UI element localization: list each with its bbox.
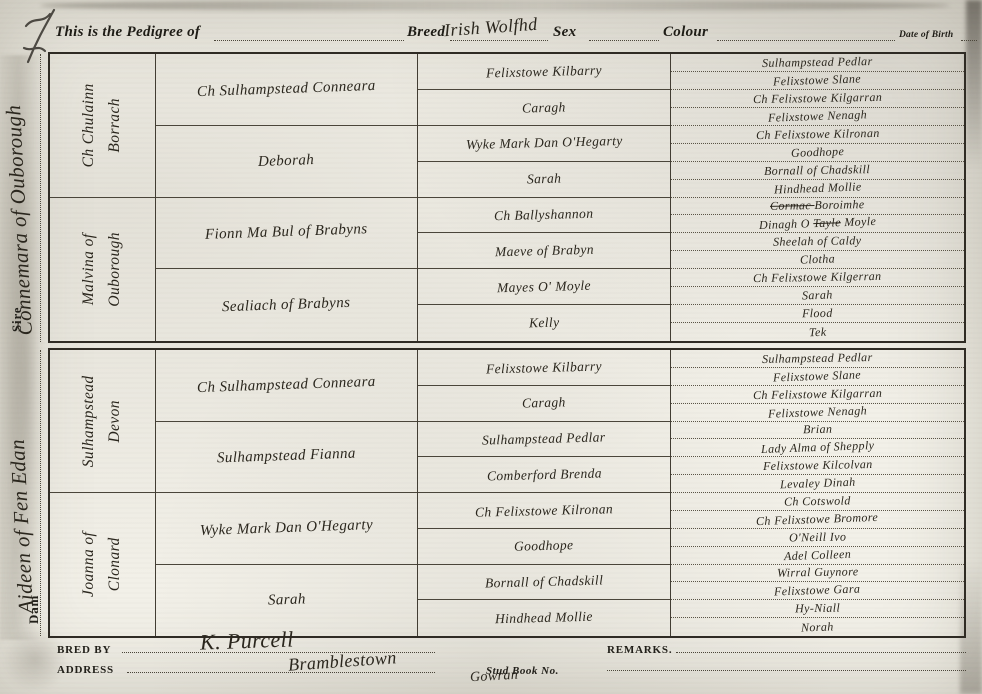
ancestor-cell: Sheelah of Caldy [671,233,964,251]
ancestor-cell: Wirral Guynore [671,565,964,583]
ancestor-name: Adel Colleen [784,547,852,564]
ancestor-cell: Felixstowe Slane [671,72,964,90]
ancestor-cell: Comberford Brenda [418,457,670,493]
ancestor-name: Ch Chulainn Borrach [76,73,129,178]
ancestor-cell: Tek [671,323,964,341]
ancestor-cell: Ch Ballyshannon [418,198,670,234]
stud-book-no-label: Stud Book No. [486,665,559,677]
ancestor-name: Comberford Brenda [486,464,601,485]
sire-grandparents-column: Ch Chulainn Borrach Malvina of Ouborough [50,54,155,341]
ancestor-name: Bornall of Chadskill [764,162,870,179]
ancestor-name: Wyke Mark Dan O'Hegarty [200,514,374,543]
ancestor-name: Ch Cotswold [784,493,851,509]
bred-by-value: K. Purcell [200,626,294,655]
sex-line [589,40,659,41]
remarks-label: REMARKS. [607,644,672,656]
ancestor-name: Wirral Guynore [777,565,859,581]
ancestor-cell: Adel Colleen [671,547,964,565]
ancestor-name: Clotha [800,252,836,268]
ancestor-cell: Norah [671,618,964,636]
bred-by-label: BRED BY [57,644,111,656]
ancestor-cell: Malvina of Ouborough [50,198,155,342]
ancestor-cell: Sarah [418,162,670,198]
ancestor-cell: Flood [671,305,964,323]
ancestor-cell: Hindhead Mollie [671,180,964,198]
ancestor-cell: Goodhope [671,144,964,162]
form-title-label: This is the Pedigree of [55,24,200,41]
ancestor-name: Felixstowe Slane [773,72,862,89]
ancestor-cell: Hy-Niall [671,600,964,618]
ancestor-cell: Bornall of Chadskill [671,162,964,180]
colour-line [717,40,895,41]
ancestor-cell: Brian [671,422,964,440]
ancestor-name: Brian [803,422,833,438]
ancestor-name: Felixstowe Kilbarry [486,61,602,82]
ancestor-cell: Clotha [671,251,964,269]
ancestor-cell: Ch Chulainn Borrach [50,54,155,198]
ancestor-name: Flood [802,306,833,322]
ancestor-cell: Felixstowe Nenagh [671,404,964,422]
ancestor-cell: Felixstowe Kilbarry [418,54,670,90]
ancestor-cell: O'Neill Ivo [671,529,964,547]
ancestor-cell: Felixstowe Nenagh [671,108,964,126]
ancestor-name: Caragh [522,98,566,117]
dam-gen4-column: Sulhampstead PedlarFelixstowe SlaneCh Fe… [670,350,964,636]
ancestor-name: Mayes O' Moyle [497,277,591,297]
ancestor-name: Joanna of Clonard [76,512,129,617]
ancestor-cell: Sealiach of Brabyns [156,269,417,341]
sire-gen3-column: Felixstowe KilbarryCaraghWyke Mark Dan O… [417,54,670,341]
ancestor-name: Ch Felixstowe Kilgarran [753,386,882,403]
breed-label: Breed [407,24,445,41]
ancestor-name: Deborah [258,149,315,174]
ancestor-cell: Mayes O' Moyle [418,269,670,305]
ancestor-name: Felixstowe Gara [774,582,861,599]
date-of-birth-label: Date of Birth [899,30,953,40]
ancestor-cell: Lady Alma of Shepply [671,439,964,457]
ancestor-name: Ch Felixstowe Kilgarran [753,90,882,107]
ancestor-cell: Felixstowe Kilbarry [418,350,670,386]
ancestor-cell: Wyke Mark Dan O'Hegarty [418,126,670,162]
sire-gen4-column: Sulhampstead PedlarFelixstowe SlaneCh Fe… [670,54,964,341]
ancestor-name: Ch Felixstowe Kilgerran [753,269,882,286]
sex-label: Sex [553,24,576,41]
sire-name-leader-line [40,54,41,342]
ancestor-name: Levaley Dinah [779,475,855,492]
ancestor-cell: Kelly [418,305,670,341]
ancestor-cell: Sarah [156,565,417,637]
dam-pedigree-grid: Sulhampstead Devon Joanna of Clonard Ch … [48,348,966,638]
ancestor-cell: Maeve of Brabyn [418,233,670,269]
ancestor-name: Goodhope [514,537,574,556]
pedigree-certificate: This is the Pedigree of Breed Irish Wolf… [0,0,982,694]
ancestor-cell: Joanna of Clonard [50,493,155,636]
dam-gen2-column: Ch Sulhampstead ConnearaSulhampstead Fia… [155,350,417,636]
ancestor-cell: Ch Sulhampstead Conneara [156,54,417,126]
ancestor-name: Felixstowe Kilbarry [486,357,602,378]
ancestor-name: Maeve of Brabyn [494,241,593,261]
sire-gen2-column: Ch Sulhampstead ConnearaDeborahFionn Ma … [155,54,417,341]
ancestor-name: Hindhead Mollie [773,180,861,197]
ancestor-cell: Levaley Dinah [671,475,964,493]
ancestor-cell: Sulhampstead Pedlar [418,422,670,458]
ancestor-cell: Felixstowe Slane [671,368,964,386]
ancestor-name: Sulhampstead Pedlar [482,428,606,449]
dam-gen3-column: Felixstowe KilbarryCaraghSulhampstead Pe… [417,350,670,636]
ancestor-name: Sealiach of Brabyns [222,291,351,319]
ancestor-name: Felixstowe Nenagh [768,404,868,422]
ancestor-cell: Sulhampstead Pedlar [671,54,964,72]
breed-line [450,40,548,41]
ancestor-name: Sarah [802,288,833,304]
dam-name-leader-line [40,350,41,636]
ancestor-name: Sarah [527,170,562,188]
address-label: ADDRESS [57,664,114,676]
ancestor-cell: Goodhope [418,529,670,565]
date-of-birth-line [961,40,977,41]
remarks-line-2 [607,670,966,671]
ancestor-cell: Sulhampstead Fianna [156,422,417,494]
ancestor-cell: Sulhampstead Pedlar [671,350,964,368]
ancestor-name: Sarah [267,588,306,613]
colour-label: Colour [663,24,708,41]
ancestor-cell: Sarah [671,287,964,305]
ancestor-name: Sulhampstead Pedlar [762,54,873,71]
pedigree-name-line [214,40,404,41]
ancestor-cell: Ch Sulhampstead Conneara [156,350,417,422]
ancestor-cell: Fionn Ma Bul of Brabyns [156,198,417,270]
ancestor-cell: Ch Felixstowe Kilgarran [671,386,964,404]
remarks-line-1 [676,652,966,653]
ancestor-name: Goodhope [791,144,845,161]
ancestor-name: Sulhampstead Devon [76,369,129,474]
ancestor-cell: Deborah [156,126,417,198]
ancestor-cell: Caragh [418,90,670,126]
ancestor-name: Caragh [522,394,566,413]
ancestor-name: Ch Felixstowe Kilronan [756,126,880,143]
paper-stain [966,0,982,170]
ancestor-name: Hy-Niall [795,601,840,617]
ancestor-name: Lady Alma of Shepply [761,439,875,457]
sire-pedigree-grid: Ch Chulainn Borrach Malvina of Ouborough… [48,52,966,343]
ancestor-name: Bornall of Chadskill [485,572,604,593]
paper-stain [40,0,950,11]
ancestor-cell: Bornall of Chadskill [418,565,670,601]
ancestor-name: Ch Felixstowe Bromore [756,511,879,529]
ancestor-name: Sulhampstead Fianna [217,443,357,471]
ancestor-name: Kelly [529,314,560,332]
ancestor-name: Hindhead Mollie [495,608,593,628]
ancestor-cell: Wyke Mark Dan O'Hegarty [156,493,417,565]
dam-grandparents-column: Sulhampstead Devon Joanna of Clonard [50,350,155,636]
ancestor-name: Malvina of Ouborough [76,217,129,322]
ancestor-name: Wyke Mark Dan O'Hegarty [465,132,622,154]
ancestor-name: Felixstowe Nenagh [768,108,868,126]
ancestor-name: Tek [809,325,827,341]
ancestor-cell: Hindhead Mollie [418,600,670,636]
ancestor-name: Dinagh O Tayle Moyle [759,215,877,233]
address-line [127,672,435,673]
ancestor-name: Ch Ballyshannon [494,205,594,225]
ancestor-name: Ch Sulhampstead Conneara [197,75,376,104]
ancestor-cell: Ch Cotswold [671,493,964,511]
ancestor-name: Ch Sulhampstead Conneara [197,371,376,400]
ancestor-cell: Ch Felixstowe Kilgarran [671,90,964,108]
ancestor-name: Sulhampstead Pedlar [762,350,873,367]
ancestor-cell: Felixstowe Gara [671,582,964,600]
breed-value: Irish Wolfhd [443,14,538,41]
ancestor-name: Norah [801,619,834,635]
ancestor-cell: Dinagh O Tayle Moyle [671,215,964,233]
ancestor-name: Felixstowe Kilcolvan [763,457,873,474]
ancestor-cell: Ch Felixstowe Kilgerran [671,269,964,287]
dam-name-value: Aideen of Fen Edan [5,438,39,614]
ancestor-cell: Caragh [418,386,670,422]
ancestor-name: Fionn Ma Bul of Brabyns [205,218,368,247]
ancestor-cell: Sulhampstead Devon [50,350,155,493]
ancestor-name: Sheelah of Caldy [773,234,862,251]
ancestor-cell: Ch Felixstowe Kilronan [671,126,964,144]
ancestor-name: Ch Felixstowe Kilronan [475,500,613,521]
ancestor-cell: Ch Felixstowe Kilronan [418,493,670,529]
ancestor-name: Felixstowe Slane [773,368,862,385]
ancestor-cell: Felixstowe Kilcolvan [671,457,964,475]
ancestor-cell: Cormac Boroimhe [671,198,964,216]
sire-name-value: Connemara of Ouborough [1,104,38,336]
ancestor-cell: Ch Felixstowe Bromore [671,511,964,529]
ancestor-name: Cormac Boroimhe [770,198,865,215]
ancestor-name: O'Neill Ivo [789,529,847,545]
